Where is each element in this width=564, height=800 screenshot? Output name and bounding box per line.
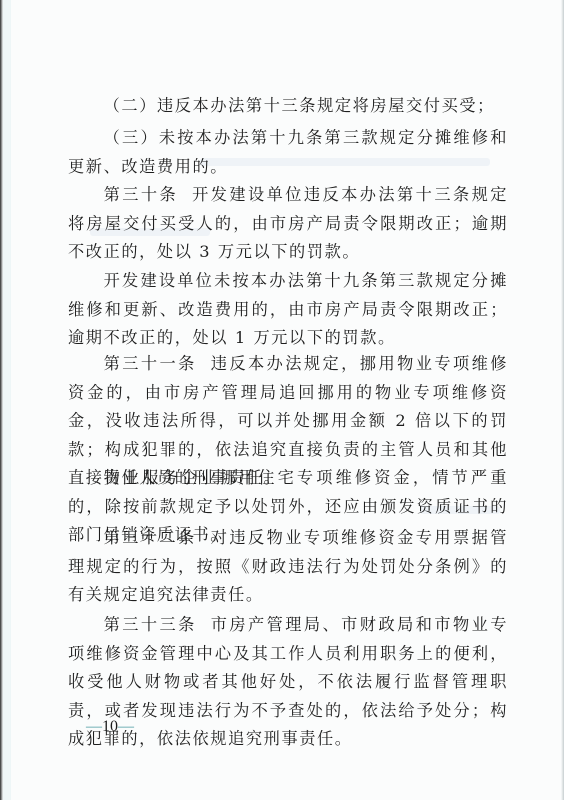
paragraph-text: （三）未按本办法第十九条第三款规定分摊维修和更新、改造费用的。 xyxy=(68,124,508,181)
article-title: 第三十三条 xyxy=(104,615,197,634)
article-paragraph: 第三十三条市房产管理局、市财政局和市物业专项维修资金管理中心及其工作人员利用职务… xyxy=(68,611,508,754)
paragraph-text: 开发建设单位未按本办法第十九条第三款规定分摊维修和更新、改造费用的，由市房产局责… xyxy=(68,267,508,353)
paragraph-item-2: （二）违反本办法第十三条规定将房屋交付买受； xyxy=(68,92,508,125)
page-number-dash-right: — xyxy=(118,718,134,735)
page-number-value: 10 xyxy=(102,718,118,735)
article-30: 第三十条开发建设单位违反本办法第十三条规定将房屋交付买受人的，由市房产局责令限期… xyxy=(68,181,508,271)
page-number: —10— xyxy=(86,718,134,736)
article-paragraph: 第三十条开发建设单位违反本办法第十三条规定将房屋交付买受人的，由市房产局责令限期… xyxy=(68,181,508,267)
article-text: 市房产管理局、市财政局和市物业专项维修资金管理中心及其工作人员利用职务上的便利，… xyxy=(68,615,508,748)
article-paragraph: 第三十二条对违反物业专项维修资金专用票据管理规定的行为，按照《财政违法行为处罚处… xyxy=(68,524,508,610)
paragraph-text: （二）违反本办法第十三条规定将房屋交付买受； xyxy=(68,92,508,121)
paragraph-plain: 开发建设单位未按本办法第十九条第三款规定分摊维修和更新、改造费用的，由市房产局责… xyxy=(68,267,508,357)
article-title: 第三十一条 xyxy=(104,354,197,373)
scan-edge-tint xyxy=(3,0,11,800)
paragraph-item-3: （三）未按本办法第十九条第三款规定分摊维修和更新、改造费用的。 xyxy=(68,124,508,185)
page-number-dash-left: — xyxy=(86,718,102,735)
article-32: 第三十二条对违反物业专项维修资金专用票据管理规定的行为，按照《财政违法行为处罚处… xyxy=(68,524,508,614)
article-title: 第三十二条 xyxy=(104,528,197,547)
article-33: 第三十三条市房产管理局、市财政局和市物业专项维修资金管理中心及其工作人员利用职务… xyxy=(68,611,508,758)
article-title: 第三十条 xyxy=(104,185,179,204)
